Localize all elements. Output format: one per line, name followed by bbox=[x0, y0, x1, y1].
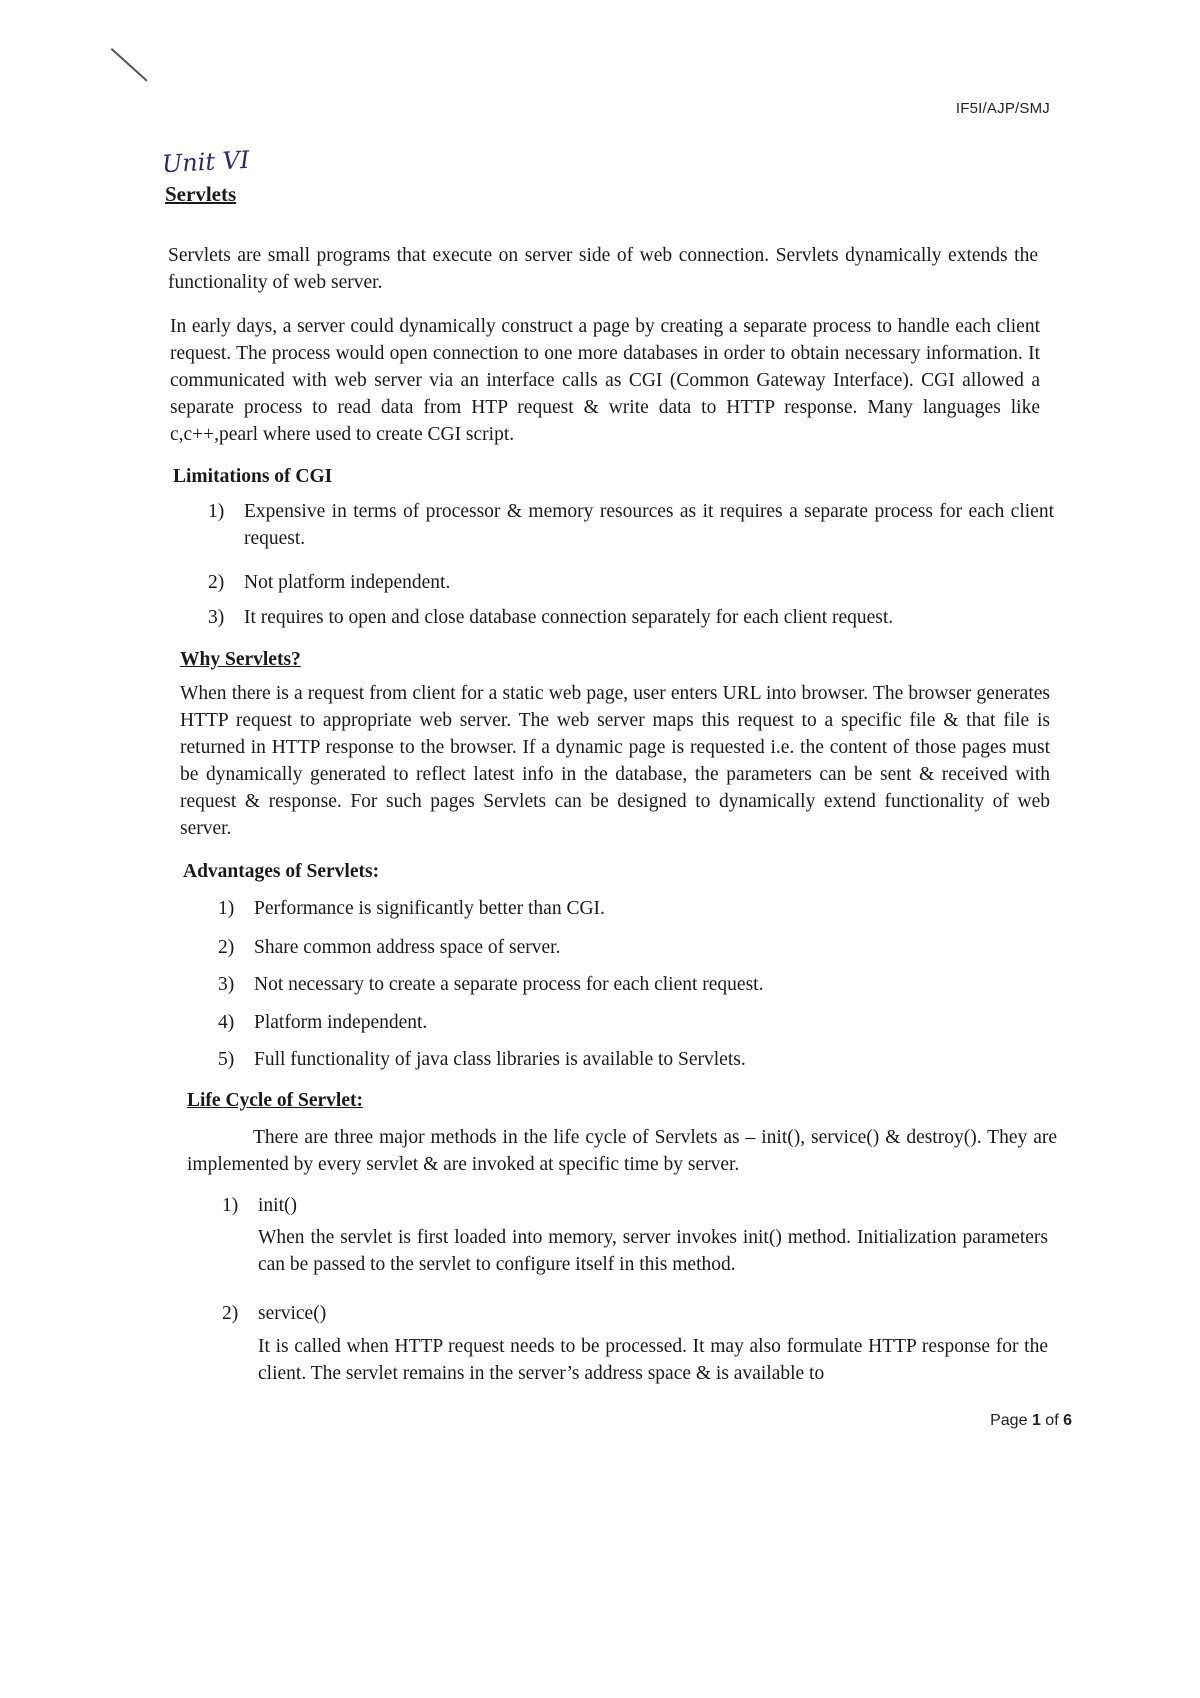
list-text: It requires to open and close database c… bbox=[244, 607, 893, 628]
service-description: It is called when HTTP request needs to … bbox=[258, 1333, 1048, 1387]
method-name: init() bbox=[258, 1195, 297, 1216]
list-text: Not necessary to create a separate proce… bbox=[254, 974, 763, 995]
list-number: 1) bbox=[222, 1192, 258, 1219]
list-text: Share common address space of server. bbox=[254, 937, 560, 958]
advantage-item-4: 4)Platform independent. bbox=[218, 1009, 1064, 1036]
list-text: Platform independent. bbox=[254, 1012, 427, 1033]
list-number: 3) bbox=[218, 971, 254, 998]
page-number: Page 1 of 6 bbox=[990, 1412, 1072, 1430]
list-number: 3) bbox=[208, 604, 244, 631]
list-text: Expensive in terms of processor & memory… bbox=[244, 501, 1054, 549]
current-page: 1 bbox=[1032, 1412, 1041, 1429]
limitations-heading: Limitations of CGI bbox=[173, 466, 332, 488]
page-of-label: of bbox=[1045, 1412, 1058, 1429]
list-number: 4) bbox=[218, 1009, 254, 1036]
advantage-item-1: 1)Performance is significantly better th… bbox=[218, 895, 1064, 922]
page-label: Page bbox=[990, 1412, 1027, 1429]
method-name: service() bbox=[258, 1303, 326, 1324]
init-description: When the servlet is first loaded into me… bbox=[258, 1224, 1048, 1278]
list-number: 2) bbox=[218, 934, 254, 961]
life-cycle-intro: There are three major methods in the lif… bbox=[187, 1124, 1057, 1178]
list-text: Full functionality of java class librari… bbox=[254, 1049, 746, 1070]
limitation-item-2: 2)Not platform independent. bbox=[208, 569, 1054, 596]
intro-paragraph-2: In early days, a server could dynamicall… bbox=[170, 313, 1040, 448]
handwritten-unit-note: Unit VI bbox=[161, 146, 250, 179]
limitation-item-3: 3)It requires to open and close database… bbox=[208, 604, 1054, 631]
list-text: Not platform independent. bbox=[244, 572, 450, 593]
list-number: 1) bbox=[208, 498, 244, 525]
advantage-item-5: 5)Full functionality of java class libra… bbox=[218, 1046, 1064, 1073]
advantage-item-2: 2)Share common address space of server. bbox=[218, 934, 1064, 961]
life-cycle-heading: Life Cycle of Servlet: bbox=[187, 1090, 363, 1112]
intro-paragraph-1: Servlets are small programs that execute… bbox=[168, 242, 1038, 296]
total-pages: 6 bbox=[1063, 1412, 1072, 1429]
list-number: 5) bbox=[218, 1046, 254, 1073]
list-number: 1) bbox=[218, 895, 254, 922]
advantage-item-3: 3)Not necessary to create a separate pro… bbox=[218, 971, 1064, 998]
list-text: Performance is significantly better than… bbox=[254, 898, 605, 919]
life-cycle-method-init: 1)init() bbox=[222, 1192, 1068, 1219]
list-number: 2) bbox=[208, 569, 244, 596]
document-code: IF5I/AJP/SMJ bbox=[956, 100, 1050, 117]
advantages-heading: Advantages of Servlets: bbox=[183, 861, 379, 883]
list-number: 2) bbox=[222, 1300, 258, 1327]
pen-mark bbox=[111, 48, 148, 82]
why-servlets-paragraph: When there is a request from client for … bbox=[180, 680, 1050, 842]
why-servlets-heading: Why Servlets? bbox=[180, 649, 301, 671]
life-cycle-method-service: 2)service() bbox=[222, 1300, 1068, 1327]
page-title: Servlets bbox=[165, 182, 236, 207]
limitation-item-1: 1)Expensive in terms of processor & memo… bbox=[208, 498, 1054, 552]
